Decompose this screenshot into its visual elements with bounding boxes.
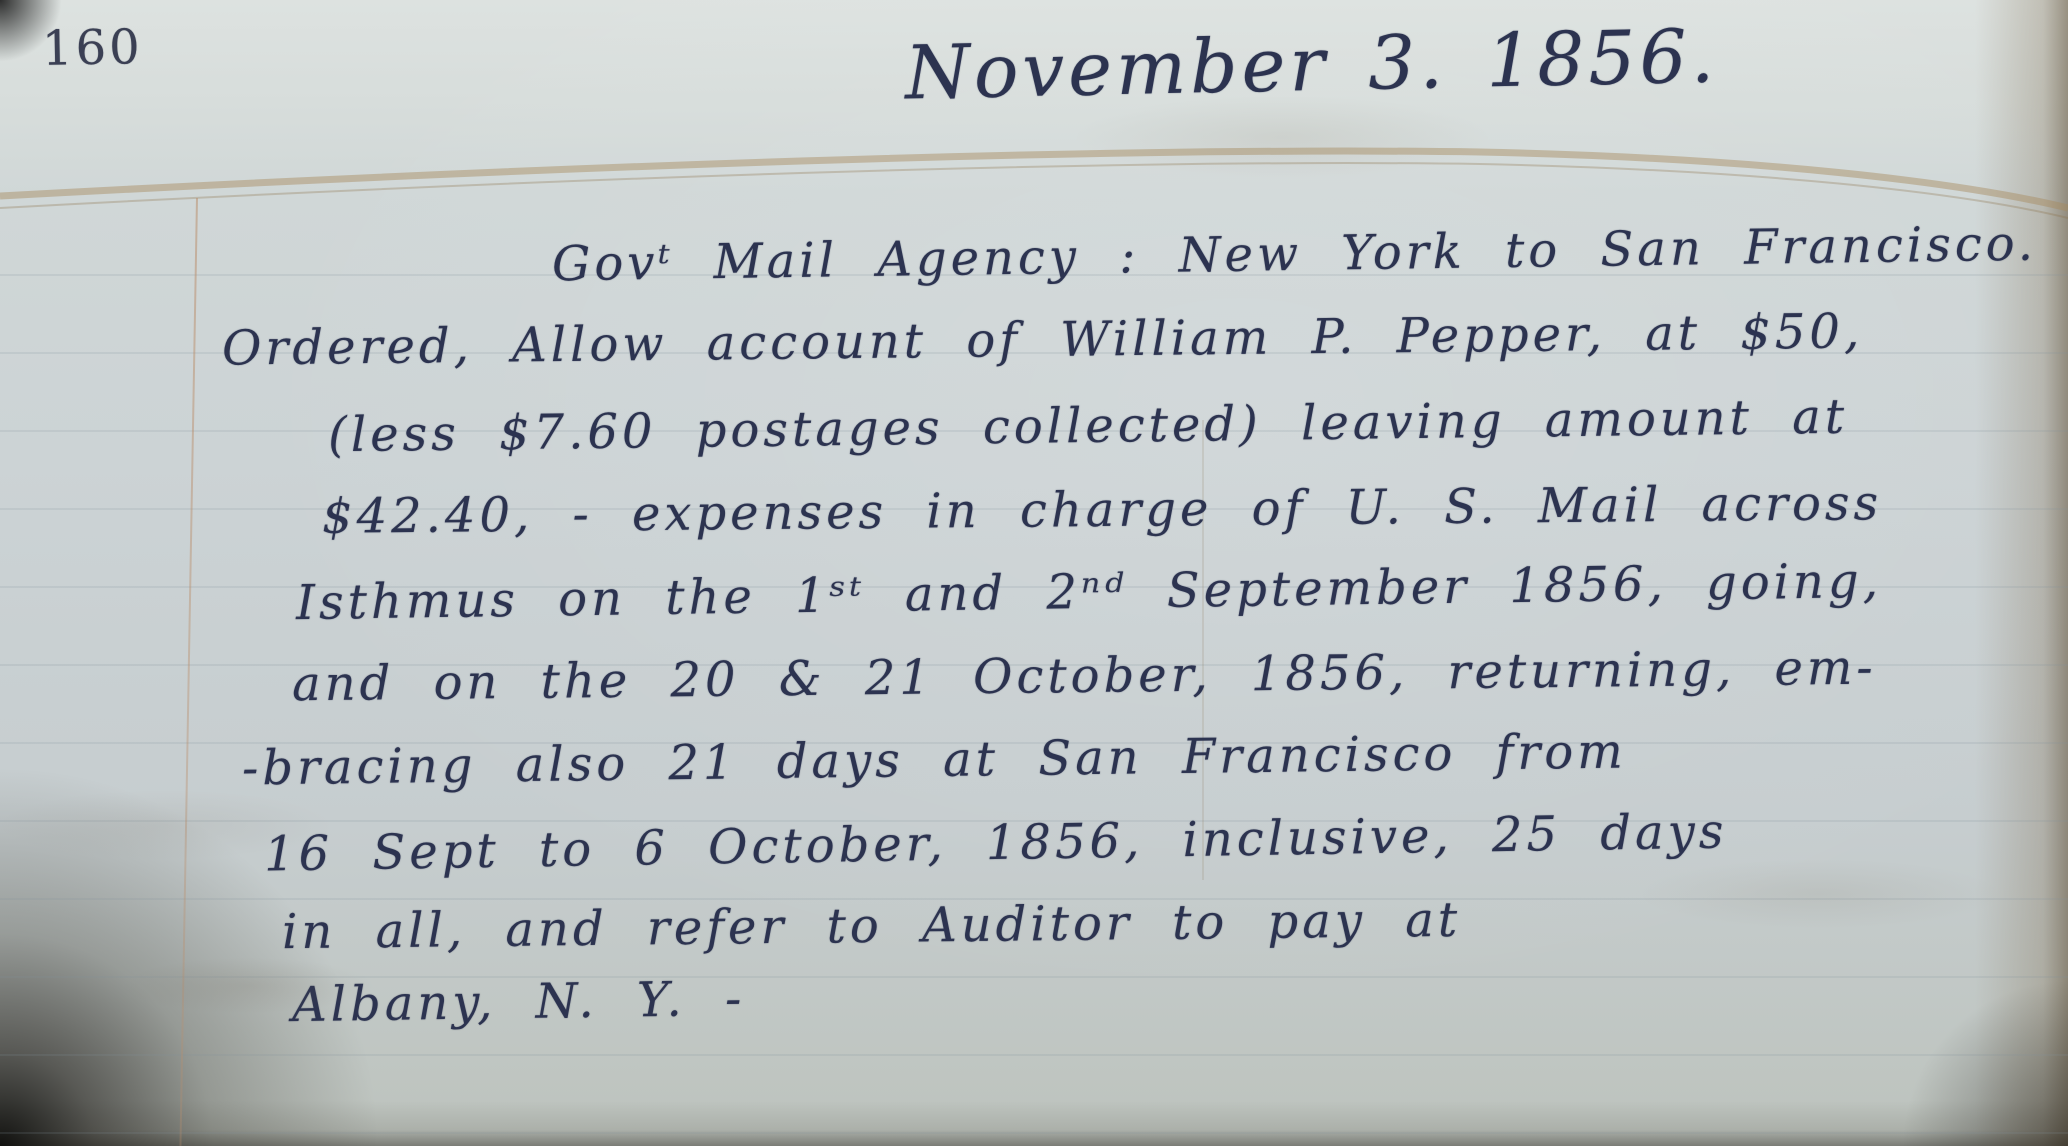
entry-line: and on the 20 & 21 October, 1856, return… <box>292 640 1877 713</box>
margin-rule-line <box>179 198 198 1146</box>
entry-line: $42.40, - expenses in charge of U. S. Ma… <box>322 475 1883 545</box>
entry-line: -bracing also 21 days at San Francisco f… <box>242 724 1627 797</box>
entry-line: 16 Sept to 6 October, 1856, inclusive, 2… <box>264 804 1728 883</box>
entry-line: Albany, N. Y. - <box>292 971 746 1033</box>
entry-line: in all, and refer to Auditor to pay at <box>282 892 1462 960</box>
entry-line: Isthmus on the 1ˢᵗ and 2ⁿᵈ September 185… <box>296 553 1883 631</box>
page-number: 160 <box>42 19 144 77</box>
date-heading: November 3. 1856. <box>904 13 1719 116</box>
entry-line: (less $7.60 postages collected) leaving … <box>328 389 1849 464</box>
ledger-page: 160 November 3. 1856. Govᵗ Mail Agency :… <box>0 0 2068 1146</box>
entry-line-title: Govᵗ Mail Agency : New York to San Franc… <box>552 216 2038 293</box>
entry-line: Ordered, Allow account of William P. Pep… <box>222 303 1864 376</box>
